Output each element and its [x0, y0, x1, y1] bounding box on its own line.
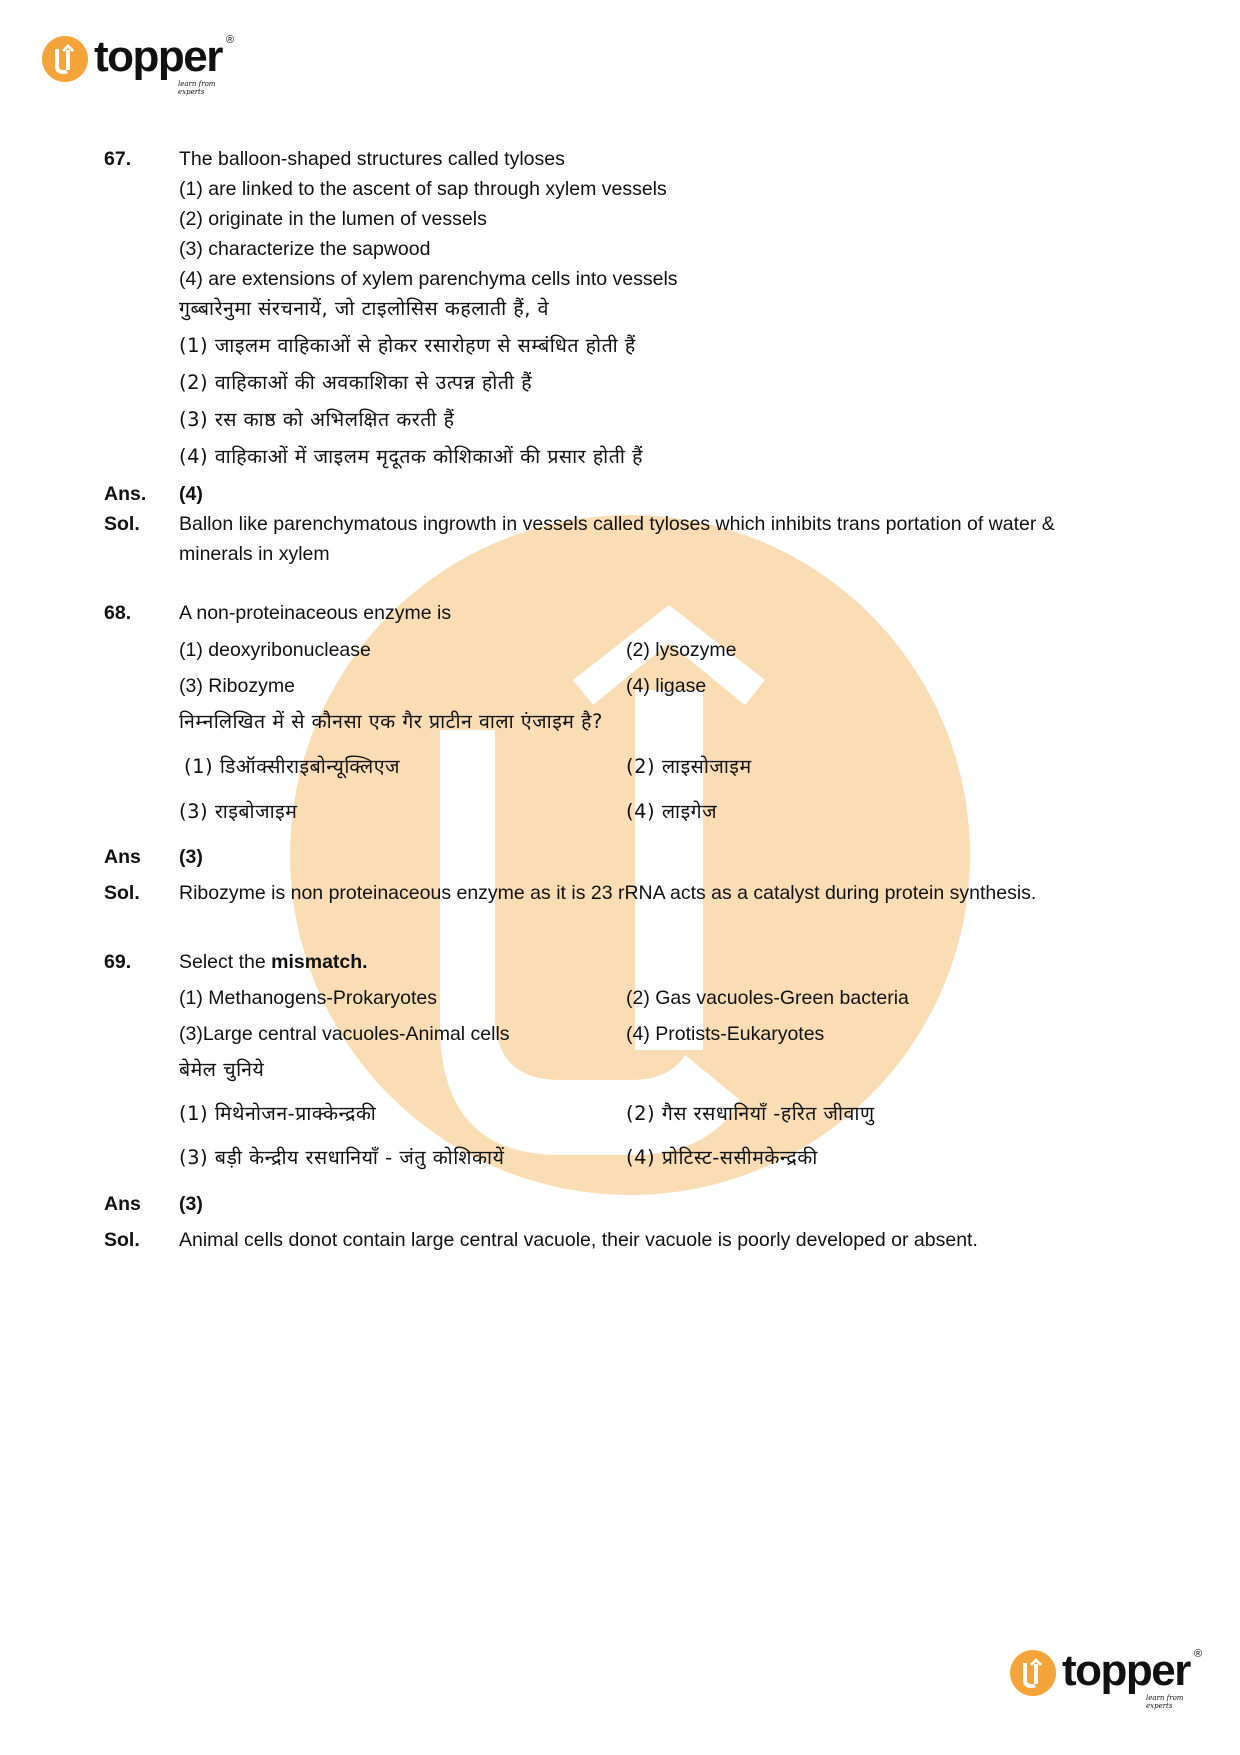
solution-text: Ribozyme is non proteinaceous enzyme as … — [179, 882, 1036, 904]
option-hi: (2) गैस रसधानियाँ -हरित जीवाणु — [626, 1103, 875, 1125]
option-en: (4) are extensions of xylem parenchyma c… — [179, 268, 678, 290]
brand-tagline: learn from experts — [178, 80, 222, 96]
registered-mark: ® — [226, 34, 234, 46]
brand-tagline: learn from experts — [1146, 1694, 1190, 1710]
option-en: (1) deoxyribonuclease — [179, 639, 371, 661]
question-text-en: Select the mismatch. — [179, 951, 368, 973]
topper-u-arrow-icon — [1010, 1650, 1056, 1696]
solution-text: minerals in xylem — [179, 543, 330, 565]
topper-logo-header: topper ® learn from experts — [42, 36, 222, 82]
question-number: 67. — [104, 148, 131, 171]
solution-label: Sol. — [104, 513, 140, 536]
answer-value: (3) — [179, 1193, 203, 1215]
question-number: 69. — [104, 951, 131, 974]
question-text-hi: निम्नलिखित में से कौनसा एक गैर प्राटीन व… — [179, 711, 603, 733]
option-en: (1) Methanogens-Prokaryotes — [179, 987, 437, 1009]
option-hi: (3) बड़ी केन्द्रीय रसधानियाँ - जंतु कोशि… — [179, 1147, 504, 1169]
answer-label: Ans — [104, 1193, 141, 1216]
option-en: (4) Protists-Eukaryotes — [626, 1023, 824, 1045]
question-number: 68. — [104, 602, 131, 625]
question-text-hi: बेमेल चुनिये — [179, 1059, 264, 1081]
option-hi: (2) वाहिकाओं की अवकाशिका से उत्पन्न होती… — [179, 372, 532, 394]
solution-label: Sol. — [104, 882, 140, 905]
option-hi: (2) लाइसोजाइम — [626, 756, 752, 778]
option-en: (2) Gas vacuoles-Green bacteria — [626, 987, 909, 1009]
registered-mark: ® — [1194, 1648, 1202, 1660]
option-hi: (1) डिऑक्सीराइबोन्यूक्लिएज — [184, 756, 400, 778]
option-hi: (1) मिथेनोजन-प्राक्केन्द्रकी — [179, 1103, 376, 1125]
option-en: (3) Ribozyme — [179, 675, 295, 697]
answer-value: (3) — [179, 846, 203, 868]
option-en: (4) ligase — [626, 675, 706, 697]
option-en: (2) lysozyme — [626, 639, 737, 661]
option-hi: (3) राइबोजाइम — [179, 801, 297, 823]
answer-label: Ans. — [104, 483, 146, 506]
question-text-en: The balloon-shaped structures called tyl… — [179, 148, 565, 170]
document-page: topper ® learn from experts 67. The ball… — [0, 0, 1240, 1755]
question-text-hi: गुब्बारेनुमा संरचनायें, जो टाइलोसिस कहला… — [179, 298, 549, 320]
option-hi: (4) वाहिकाओं में जाइलम मृदूतक कोशिकाओं क… — [179, 446, 643, 468]
option-en: (3)Large central vacuoles-Animal cells — [179, 1023, 510, 1045]
option-en: (1) are linked to the ascent of sap thro… — [179, 178, 667, 200]
question-text-en: A non-proteinaceous enzyme is — [179, 602, 451, 624]
topper-logo-footer: topper ® learn from experts — [1010, 1650, 1190, 1696]
brand-name: topper — [94, 35, 222, 79]
option-en: (3) characterize the sapwood — [179, 238, 430, 260]
option-hi: (4) लाइगेज — [626, 801, 717, 823]
solution-text: Ballon like parenchymatous ingrowth in v… — [179, 513, 1055, 535]
option-hi: (1) जाइलम वाहिकाओं से होकर रसारोहण से सम… — [179, 335, 636, 357]
answer-label: Ans — [104, 846, 141, 869]
question-text-prefix: Select the — [179, 951, 271, 973]
answer-value: (4) — [179, 483, 203, 505]
solution-label: Sol. — [104, 1229, 140, 1252]
brand-name: topper — [1062, 1649, 1190, 1693]
option-hi: (3) रस काष्ठ को अभिलक्षित करती हैं — [179, 409, 455, 431]
option-en: (2) originate in the lumen of vessels — [179, 208, 487, 230]
solution-text: Animal cells donot contain large central… — [179, 1229, 978, 1251]
option-hi: (4) प्रोटिस्ट-ससीमकेन्द्रकी — [626, 1147, 818, 1169]
question-text-emphasis: mismatch. — [271, 951, 367, 973]
topper-u-arrow-icon — [42, 36, 88, 82]
